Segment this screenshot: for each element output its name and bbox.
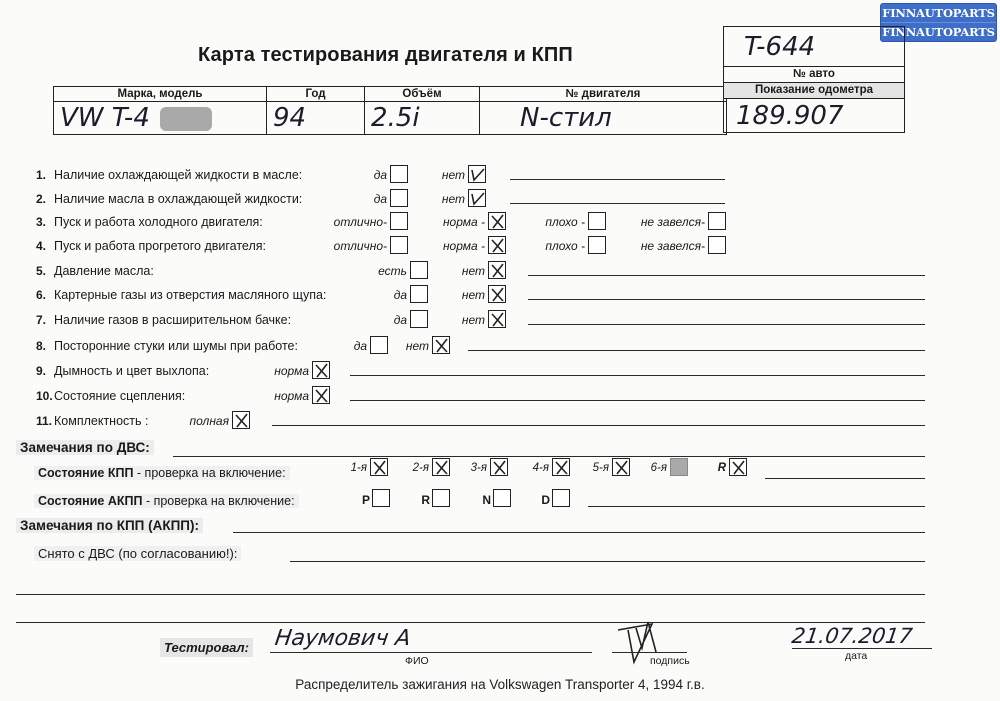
checkbox-checked[interactable]: [468, 189, 486, 207]
checkbox-unchecked[interactable]: [390, 212, 408, 230]
manual-gearbox-label: Состояние КПП - проверка на включение:: [34, 466, 290, 480]
option-label: нет: [442, 192, 465, 206]
option-label: да: [394, 313, 407, 327]
notes-line[interactable]: [350, 375, 925, 376]
volume-field[interactable]: 2.5i: [365, 102, 480, 135]
option-label: да: [394, 288, 407, 302]
item-number: 9.: [36, 364, 46, 378]
notes-line[interactable]: [350, 400, 925, 401]
watermark-text: FINNAUTOPARTS: [881, 4, 996, 22]
option-label: да: [374, 168, 387, 182]
item-label: Посторонние стуки или шумы при работе:: [54, 339, 298, 353]
gear-checkbox[interactable]: [670, 458, 688, 476]
vehicle-id-box: T-644 № авто Показание одометра 189.907: [723, 26, 905, 133]
checkbox-unchecked[interactable]: [410, 285, 428, 303]
auto-gearbox-label: Состояние АКПП - проверка на включение:: [34, 494, 299, 508]
checkbox-unchecked[interactable]: [390, 165, 408, 183]
option-label: плохо -: [545, 239, 585, 253]
signature-line[interactable]: [612, 652, 687, 653]
odometer-label: Показание одометра: [724, 83, 905, 99]
notes-line[interactable]: [468, 350, 925, 351]
checklist-row: 6.Картерные газы из отверстия масляного …: [0, 285, 1000, 307]
gear-label: 6-я: [651, 462, 667, 474]
gearbox-remarks-line[interactable]: [233, 532, 925, 533]
manual-gearbox-notes-line[interactable]: [765, 478, 925, 479]
checkbox-unchecked[interactable]: [708, 212, 726, 230]
item-number: 1.: [36, 168, 46, 182]
checkbox-unchecked[interactable]: [370, 336, 388, 354]
signature-caption: подпись: [650, 655, 690, 667]
checkbox-unchecked[interactable]: [708, 236, 726, 254]
gear-checkbox[interactable]: [729, 458, 747, 476]
checkbox-unchecked[interactable]: [390, 189, 408, 207]
auto-position-label: R: [421, 493, 430, 507]
checklist-row: 4.Пуск и работа прогретого двигателя:отл…: [0, 236, 1000, 258]
checkbox-unchecked[interactable]: [588, 212, 606, 230]
checkbox-checked[interactable]: [488, 212, 506, 230]
auto-position-checkbox[interactable]: [493, 489, 511, 507]
option-label: есть: [378, 264, 407, 278]
item-number: 11.: [36, 414, 52, 428]
item-label: Наличие газов в расширительном бачке:: [54, 313, 291, 327]
removed-from-engine-label: Снято с ДВС (по согласованию!):: [34, 546, 241, 561]
item-label: Дымность и цвет выхлопа:: [54, 364, 209, 378]
checkbox-checked[interactable]: [488, 310, 506, 328]
date-value: 21.07.2017: [790, 624, 914, 648]
item-number: 8.: [36, 339, 46, 353]
option-label: норма -: [443, 239, 485, 253]
item-number: 6.: [36, 288, 46, 302]
checklist-row: 9.Дымность и цвет выхлопа:норма: [0, 361, 1000, 383]
redaction-smudge: [160, 107, 212, 131]
name-caption: ФИО: [405, 655, 429, 667]
checklist-row: 2.Наличие масла в охлаждающей жидкости:д…: [0, 189, 1000, 211]
option-label: нет: [462, 264, 485, 278]
gear-label: 5-я: [593, 462, 609, 474]
checkbox-unchecked[interactable]: [410, 310, 428, 328]
notes-line[interactable]: [528, 324, 925, 325]
gear-checkbox[interactable]: [432, 458, 450, 476]
item-label: Пуск и работа холодного двигателя:: [54, 215, 263, 229]
checkbox-unchecked[interactable]: [390, 236, 408, 254]
gear-label: 3-я: [471, 462, 487, 474]
checklist-row: 11.Комплектность :полная: [0, 411, 1000, 433]
image-caption: Распределитель зажигания на Volkswagen T…: [0, 677, 1000, 692]
checkbox-checked[interactable]: [488, 236, 506, 254]
checklist-row: 8.Посторонние стуки или шумы при работе:…: [0, 336, 1000, 358]
engine-remarks-label: Замечания по ДВС:: [16, 440, 154, 455]
notes-line[interactable]: [528, 275, 925, 276]
checklist-row: 1.Наличие охлаждающей жидкости в масле:д…: [0, 165, 1000, 187]
date-line[interactable]: [792, 648, 932, 649]
item-label: Состояние сцепления:: [54, 389, 185, 403]
date-caption: дата: [845, 650, 867, 662]
auto-position-checkbox[interactable]: [372, 489, 390, 507]
auto-number-label: № авто: [724, 67, 905, 83]
checkbox-unchecked[interactable]: [588, 236, 606, 254]
option-label: норма -: [443, 215, 485, 229]
auto-position-label: D: [541, 493, 550, 507]
option-label: не завелся-: [641, 215, 705, 229]
make-model-field[interactable]: VW T-4: [54, 102, 267, 135]
option-label: нет: [406, 339, 429, 353]
item-number: 10.: [36, 389, 53, 403]
header-volume: Объём: [365, 87, 480, 102]
odometer-field[interactable]: 189.907: [724, 99, 905, 133]
item-label: Давление масла:: [54, 264, 154, 278]
gearbox-remarks-label: Замечания по КПП (АКПП):: [16, 518, 203, 533]
item-number: 7.: [36, 313, 46, 327]
year-field[interactable]: 94: [267, 102, 365, 135]
tester-name-value: Наумович А: [273, 626, 412, 651]
auto-position-checkbox[interactable]: [432, 489, 450, 507]
option-label: отлично-: [334, 215, 387, 229]
engine-number-field[interactable]: N-стил: [480, 102, 727, 135]
gear-checkbox[interactable]: [552, 458, 570, 476]
checkbox-checked[interactable]: [488, 261, 506, 279]
option-label: да: [374, 192, 387, 206]
item-label: Наличие масла в охлаждающей жидкости:: [54, 192, 302, 206]
extra-notes-line-1[interactable]: [16, 594, 925, 595]
gear-label: 1-я: [351, 462, 367, 474]
checkbox-checked[interactable]: [488, 285, 506, 303]
tested-by-label: Тестировал:: [160, 638, 253, 657]
auto-position-checkbox[interactable]: [552, 489, 570, 507]
item-label: Картерные газы из отверстия масляного щу…: [54, 288, 326, 302]
auto-number-field[interactable]: T-644: [724, 27, 905, 67]
option-label: отлично-: [334, 239, 387, 253]
notes-line[interactable]: [510, 179, 725, 180]
vehicle-info-table: Марка, модель Год Объём № двигателя VW T…: [53, 86, 727, 135]
notes-line[interactable]: [510, 203, 725, 204]
checklist-row: 7.Наличие газов в расширительном бачке:д…: [0, 310, 1000, 332]
header-engine-number: № двигателя: [480, 87, 727, 102]
gear-label: 4-я: [533, 462, 549, 474]
option-label: да: [354, 339, 367, 353]
notes-line[interactable]: [272, 425, 925, 426]
checklist-row: 5.Давление масла:естьнет: [0, 261, 1000, 283]
auto-position-label: N: [482, 493, 491, 507]
option-label: плохо -: [545, 215, 585, 229]
item-label: Комплектность :: [54, 414, 148, 428]
option-label: норма: [274, 364, 309, 378]
option-label: норма: [274, 389, 309, 403]
tester-name-line[interactable]: [270, 652, 592, 653]
form-title: Карта тестирования двигателя и КПП: [198, 44, 573, 67]
item-number: 2.: [36, 192, 46, 206]
item-label: Наличие охлаждающей жидкости в масле:: [54, 168, 302, 182]
option-label: нет: [442, 168, 465, 182]
item-number: 4.: [36, 239, 46, 253]
checklist-row: 3.Пуск и работа холодного двигателя:отли…: [0, 212, 1000, 234]
gear-checkbox[interactable]: [370, 458, 388, 476]
auto-position-label: P: [362, 493, 370, 507]
option-label: нет: [462, 288, 485, 302]
item-number: 3.: [36, 215, 46, 229]
option-label: полная: [190, 414, 229, 428]
checkbox-checked[interactable]: [232, 411, 250, 429]
checklist-row: 10.Состояние сцепления:норма: [0, 386, 1000, 408]
checkbox-checked[interactable]: [468, 165, 486, 183]
checkbox-checked[interactable]: [312, 361, 330, 379]
auto-gearbox-notes-line[interactable]: [588, 506, 925, 507]
gear-checkbox[interactable]: [612, 458, 630, 476]
engine-remarks-line[interactable]: [173, 456, 925, 457]
header-make-model: Марка, модель: [54, 87, 267, 102]
removed-line[interactable]: [290, 561, 925, 562]
gear-label: 2-я: [413, 462, 429, 474]
header-year: Год: [267, 87, 365, 102]
notes-line[interactable]: [528, 299, 925, 300]
checkbox-checked[interactable]: [312, 386, 330, 404]
checkbox-checked[interactable]: [432, 336, 450, 354]
checkbox-unchecked[interactable]: [410, 261, 428, 279]
extra-notes-line-2[interactable]: [16, 622, 925, 623]
gear-label: R: [718, 462, 726, 474]
item-number: 5.: [36, 264, 46, 278]
gear-checkbox[interactable]: [490, 458, 508, 476]
option-label: не завелся-: [641, 239, 705, 253]
item-label: Пуск и работа прогретого двигателя:: [54, 239, 266, 253]
option-label: нет: [462, 313, 485, 327]
